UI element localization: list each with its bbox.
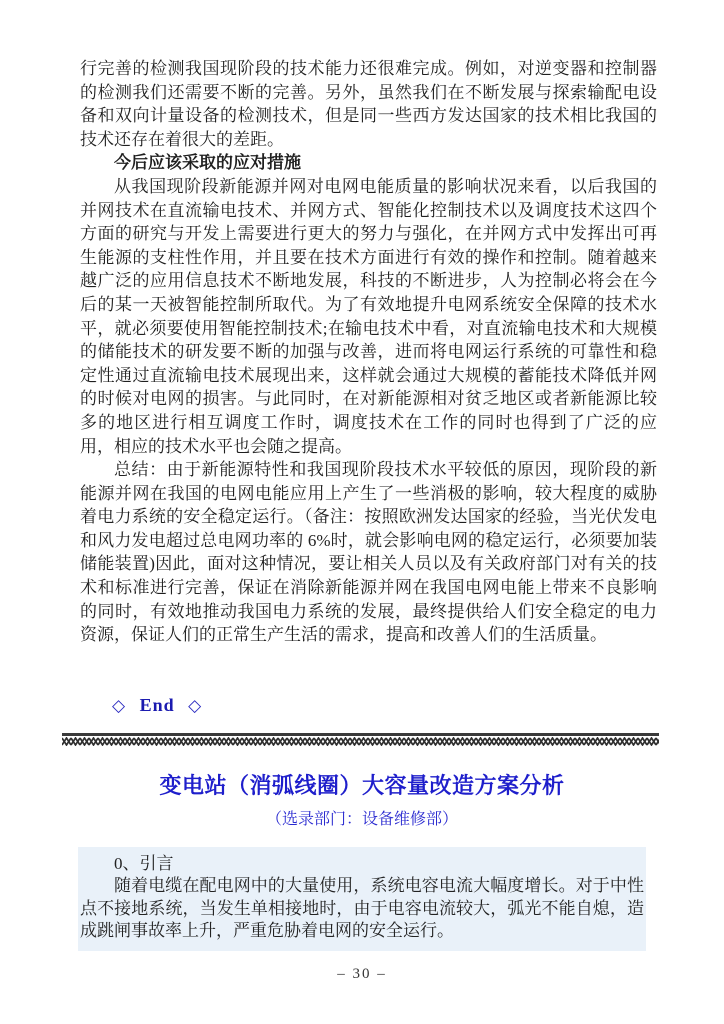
- diamond-icon: ◇: [188, 696, 202, 715]
- highlighted-intro-block: 0、引言 随着电缆在配电网中的大量使用，系统电容电流大幅度增长。对于中性点不接地…: [78, 847, 646, 951]
- article-title: 变电站（消弧线圈）大容量改造方案分析: [0, 769, 724, 800]
- section-divider: [62, 733, 659, 746]
- intro-heading: 0、引言: [80, 853, 644, 875]
- intro-paragraph: 随着电缆在配电网中的大量使用，系统电容电流大幅度增长。对于中性点不接地系统，当发…: [80, 875, 644, 942]
- document-page: 行完善的检测我国现阶段的技术能力还很难完成。例如，对逆变器和控制器的检测我们还需…: [0, 0, 724, 1024]
- diamond-icon: ◇: [112, 696, 126, 715]
- zigzag-pattern-icon: [62, 737, 659, 746]
- end-mark: ◇ End ◇: [112, 695, 202, 716]
- article-body: 行完善的检测我国现阶段的技术能力还很难完成。例如，对逆变器和控制器的检测我们还需…: [80, 57, 657, 647]
- end-label: End: [140, 695, 175, 715]
- paragraph-continuation: 行完善的检测我国现阶段的技术能力还很难完成。例如，对逆变器和控制器的检测我们还需…: [80, 57, 657, 151]
- section-heading: 今后应该采取的应对措施: [80, 151, 657, 175]
- paragraph: 从我国现阶段新能源并网对电网电能质量的影响状况来看，以后我国的并网技术在直流输电…: [80, 175, 657, 458]
- divider-bar: [62, 733, 659, 736]
- page-number: – 30 –: [0, 966, 724, 983]
- paragraph-summary: 总结：由于新能源特性和我国现阶段技术水平较低的原因，现阶段的新能源并网在我国的电…: [80, 458, 657, 647]
- article-subtitle: （选录部门：设备维修部）: [0, 806, 724, 829]
